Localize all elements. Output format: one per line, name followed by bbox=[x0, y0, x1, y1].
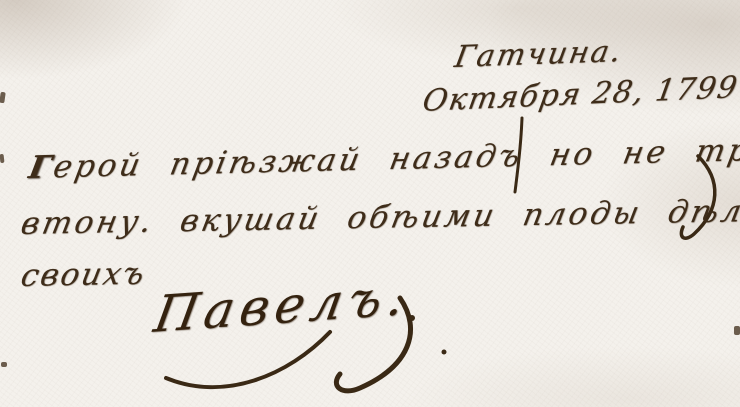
manuscript-page: Гатчина. Октября 28, 1799 Герой прiѣзжай… bbox=[0, 0, 740, 407]
date-line: Октября 28, 1799 bbox=[420, 70, 740, 119]
body-line-1: Герой прiѣзжай назадъ но не тру bbox=[26, 132, 740, 186]
scan-artifact bbox=[734, 326, 740, 335]
body-line-2: втону. вкушай обѣими плоды дѣлъ bbox=[18, 193, 740, 242]
body-line-3: своихъ bbox=[18, 256, 149, 294]
scan-artifact bbox=[1, 362, 7, 367]
scan-artifact bbox=[0, 154, 4, 163]
signature-flourish bbox=[128, 292, 460, 404]
scan-artifact bbox=[0, 92, 6, 104]
place-line: Гатчина. bbox=[452, 34, 625, 75]
